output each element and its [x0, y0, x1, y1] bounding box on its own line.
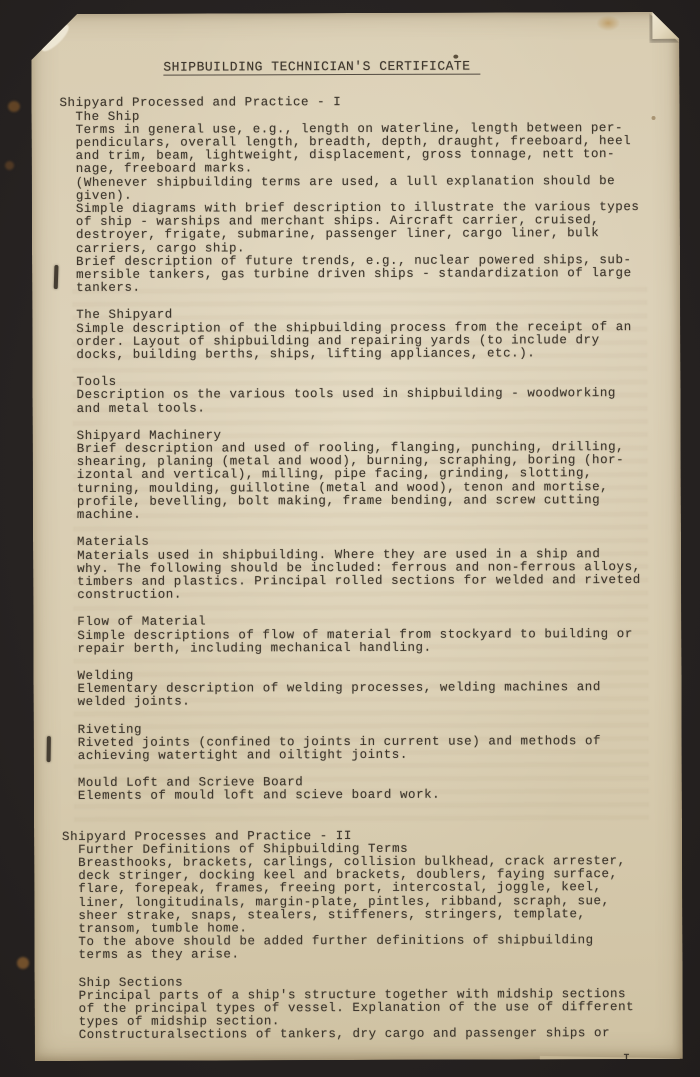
section: The ShipyardSimple description of the sh…: [60, 307, 660, 362]
section-body: Elements of mould loft and scieve board …: [78, 788, 662, 803]
background-stain: [8, 101, 20, 112]
section-body: Brief description and used of rooling, f…: [77, 441, 661, 522]
section: ToolsDescription os the various tools us…: [60, 374, 660, 416]
section-body: Simple description of the shipbuilding p…: [76, 321, 660, 363]
document-body: Shipyard Processed and Practice - IThe S…: [59, 95, 662, 1042]
background-stain: [17, 957, 29, 969]
section: Shipyard MachineryBrief description and …: [61, 428, 661, 523]
section-body: Elementary description of welding proces…: [78, 681, 662, 709]
section-body: Simple descriptions of flow of material …: [77, 627, 661, 655]
section-body: Breasthooks, brackets, carlings, collisi…: [78, 855, 662, 963]
section-body: Description os the various tools used in…: [76, 387, 660, 415]
section: WeldingElementary description of welding…: [61, 668, 661, 710]
scanned-document: SHIPBUILDING TECHNICIAN'S CERTIFICATE Sh…: [0, 0, 700, 1077]
section-body: Materials used in shipbuilding. Where th…: [77, 547, 661, 602]
section-body: Riveted joints (confined to joints in cu…: [78, 735, 662, 763]
section: Ship SectionsPrincipal parts of a ship's…: [63, 975, 663, 1043]
section: MaterialsMaterials used in shipbuilding.…: [61, 534, 661, 602]
section: Further Definitions of Shipbuilding Term…: [62, 842, 662, 963]
section-body: Principal parts of a ship's structure to…: [79, 988, 663, 1043]
staple-mark-top: [54, 265, 59, 289]
section: The ShipTerms in general use, e.g., leng…: [60, 109, 661, 296]
section: Flow of MaterialSimple descriptions of f…: [61, 614, 661, 656]
paper-stain: [596, 15, 620, 31]
part-1: Shipyard Processed and Practice - IThe S…: [59, 95, 661, 803]
section-body: Terms in general use, e.g., length on wa…: [76, 122, 661, 296]
dog-ear-fold: [652, 12, 679, 39]
part-2: Shipyard Processes and Practice - IIFurt…: [62, 828, 663, 1042]
section: RivetingRiveted joints (confined to join…: [62, 721, 662, 763]
section: Mould Loft and Scrieve BoardElements of …: [62, 775, 662, 804]
paper-page: SHIPBUILDING TECHNICIAN'S CERTIFICATE Sh…: [31, 12, 683, 1061]
document-title: SHIPBUILDING TECHNICIAN'S CERTIFICATE: [163, 60, 480, 76]
page-number: I: [63, 1053, 663, 1068]
page-content: SHIPBUILDING TECHNICIAN'S CERTIFICATE Sh…: [59, 46, 663, 1077]
background-stain: [5, 161, 14, 170]
staple-mark-bottom: [47, 736, 51, 762]
